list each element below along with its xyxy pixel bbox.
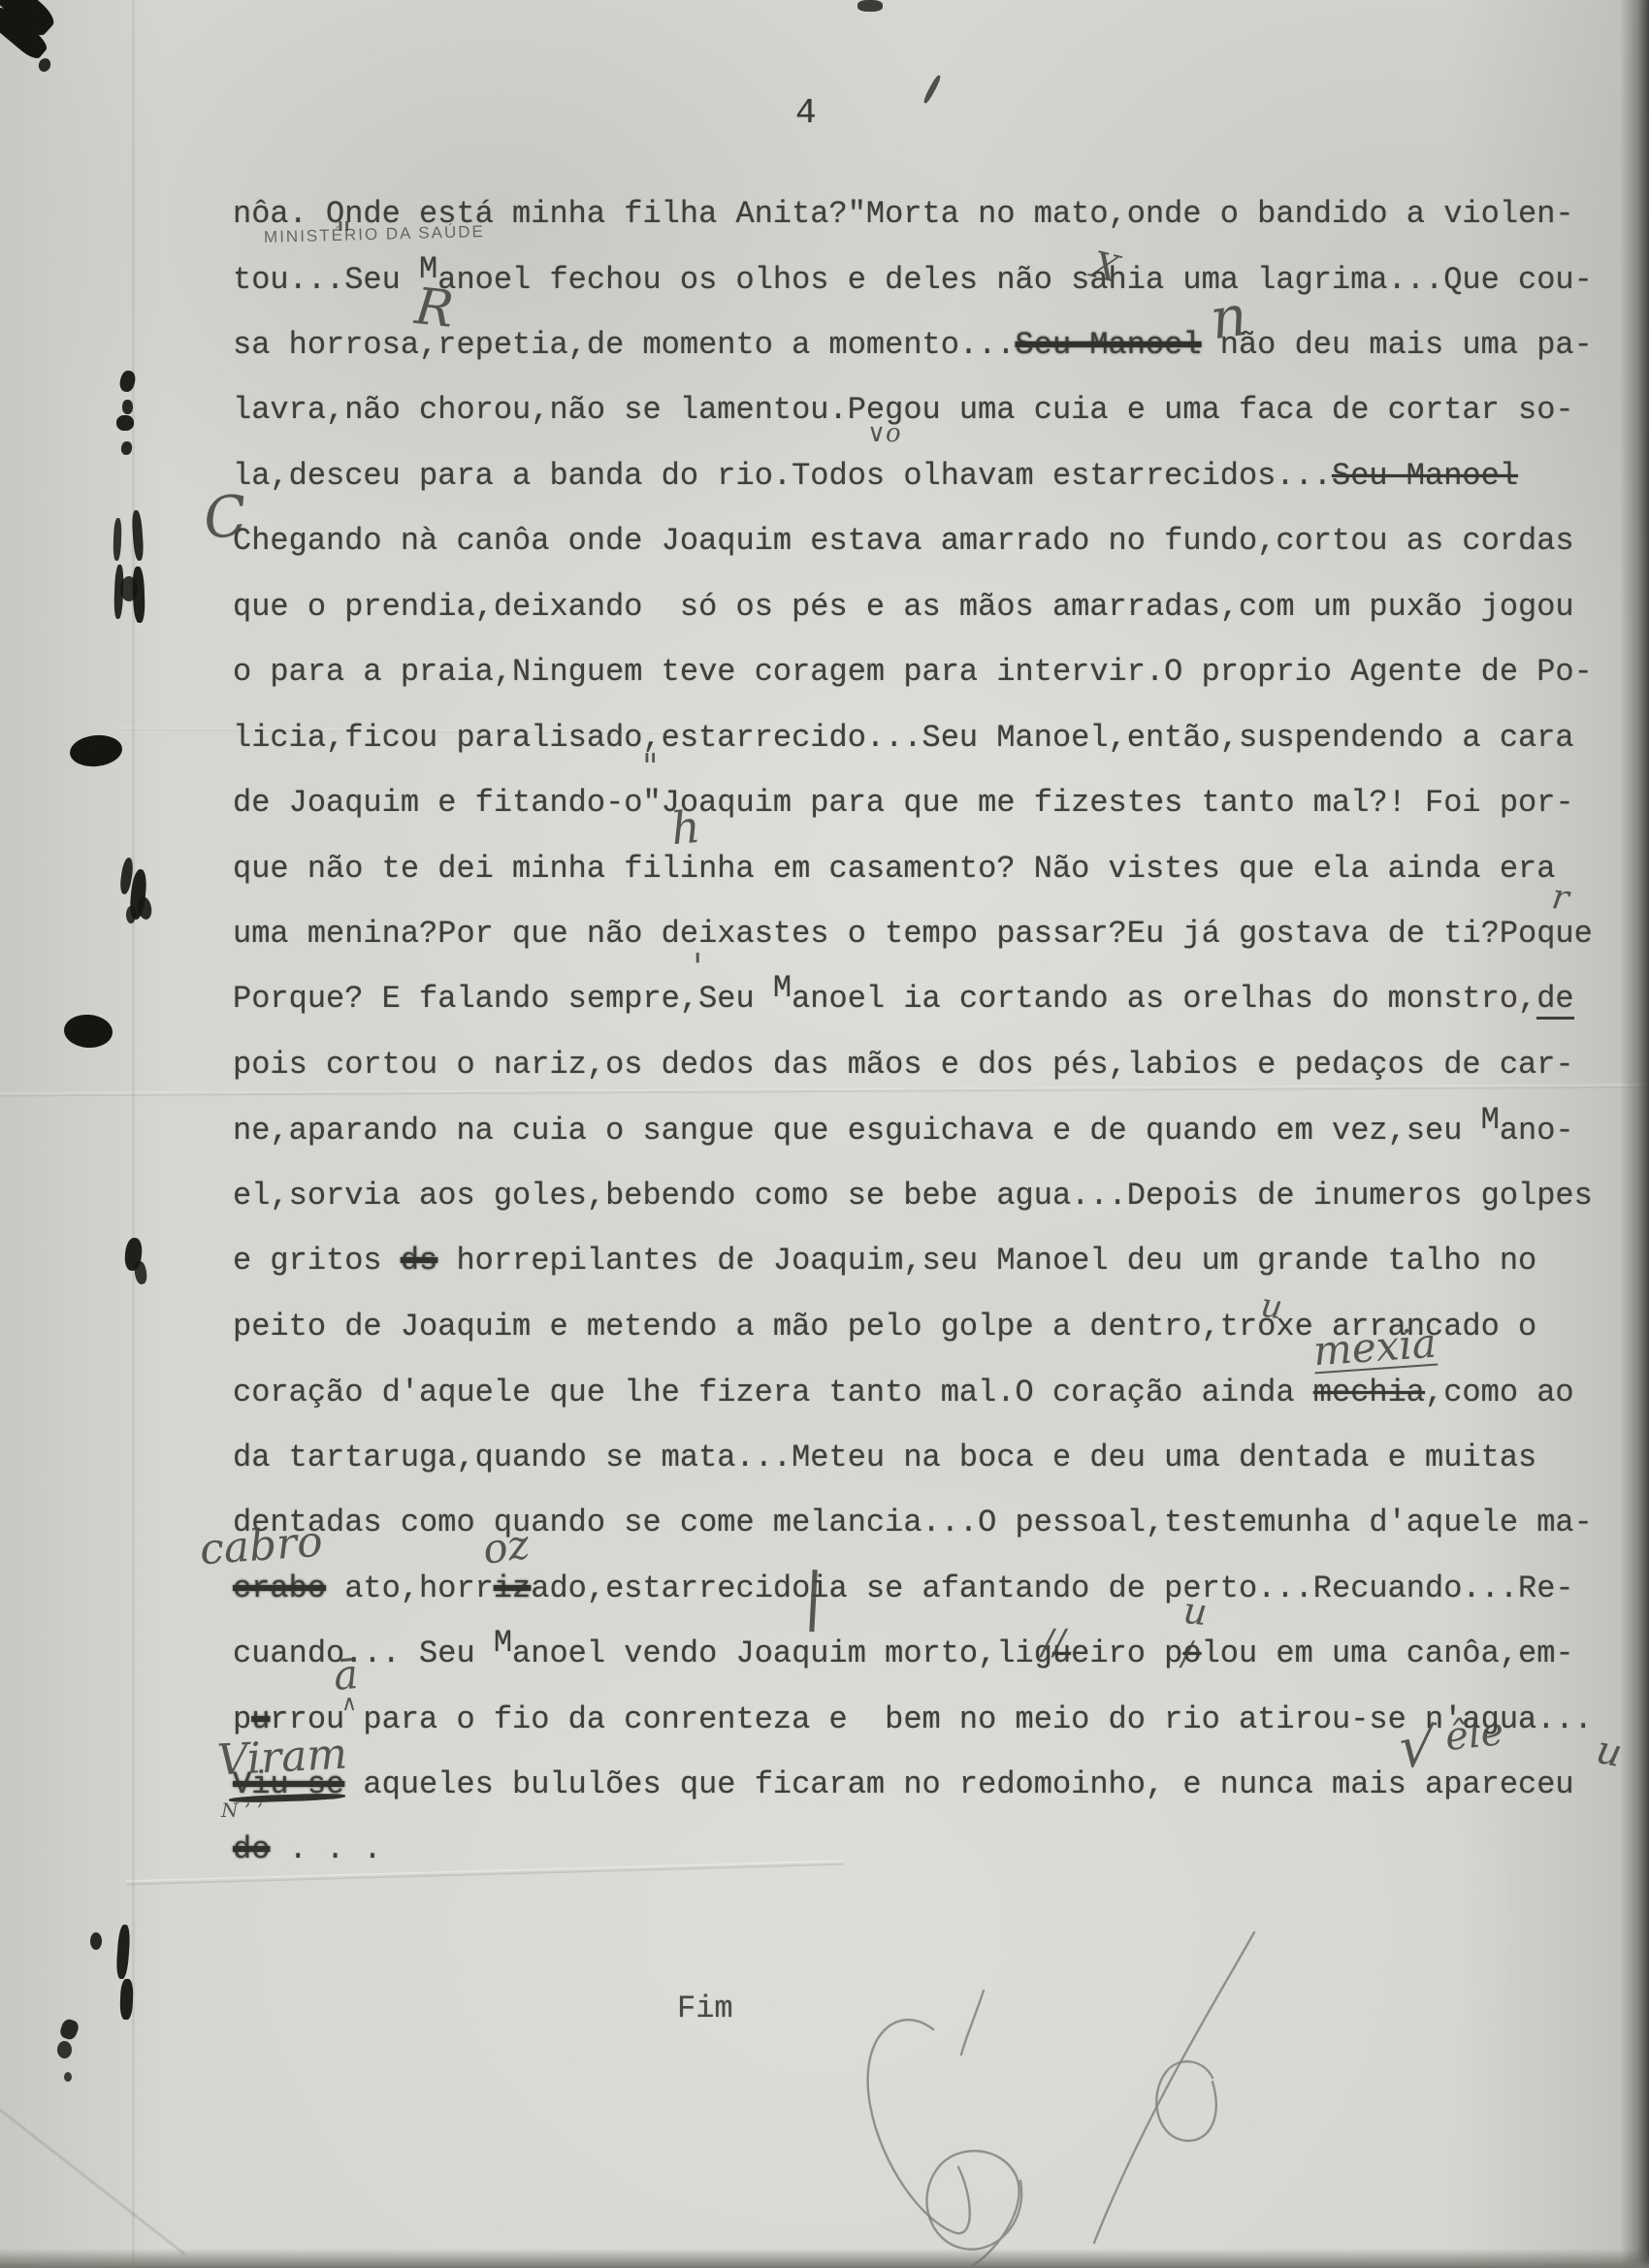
handwritten-annotation: R xyxy=(412,281,455,336)
typed-line: da tartaruga,quando se mata...Meteu na b… xyxy=(233,1439,1536,1477)
typed-line: que não te dei minha filinha em casament… xyxy=(233,850,1555,889)
typed-segment: sa horrosa,repetia,de momento a momento.… xyxy=(233,327,1016,363)
page-number: 4 xyxy=(795,93,817,133)
typed-segment-raised: M xyxy=(773,969,792,1008)
scanned-typewritten-page: 4 MINISTÉRIO DA SAÚDE nôa. Onde está min… xyxy=(0,0,1649,2268)
typed-segment-scrib: crabo xyxy=(233,1571,326,1606)
typed-segment: ado,estarrecido xyxy=(531,1571,810,1606)
typed-line: coração d'aquele que lhe fizera tanto ma… xyxy=(233,1374,1574,1412)
ink-mark xyxy=(133,1260,147,1284)
typed-segment: dentadas como quando se come melancia...… xyxy=(233,1505,1593,1540)
typed-segment: e gritos xyxy=(233,1243,401,1279)
typed-line: Viu-se aqueles bululões que ficaram no r… xyxy=(233,1766,1574,1804)
typed-line: do . . . xyxy=(233,1831,382,1869)
typed-line: e gritos ds horrepilantes de Joaquim,seu… xyxy=(233,1242,1536,1280)
typed-line: la,desceu para a banda do rio.Todos olha… xyxy=(233,457,1518,496)
handwritten-annotation: N ’ ’ xyxy=(221,1800,263,1820)
typed-segment: que não te dei minha filinha em casament… xyxy=(233,851,1555,887)
typed-line: lavra,não chorou,não se lamentou.Pegou u… xyxy=(233,391,1574,430)
handwritten-annotation: ā xyxy=(332,1654,360,1697)
typed-segment: Chegando nà canôa onde Joaquim estava am… xyxy=(233,523,1574,559)
typed-segment-raised: M xyxy=(494,1624,512,1663)
typed-segment-scrib: ds xyxy=(401,1243,437,1279)
handwritten-annotation: u xyxy=(1259,1289,1284,1325)
typed-segment: nôa. Onde está minha filha Anita?"Morta … xyxy=(233,196,1574,232)
handwritten-annotation: ' xyxy=(693,949,702,986)
typed-segment: ato,horr xyxy=(326,1571,494,1606)
typed-segment: horrepilantes de Joaquim,seu Manoel deu … xyxy=(437,1243,1536,1279)
typed-segment: rrou para o fio da conrenteza e bem no m… xyxy=(270,1701,1592,1737)
signature-stroke xyxy=(1156,2061,1216,2141)
handwritten-annotation: h xyxy=(669,804,702,851)
handwritten-annotation: cabro xyxy=(199,1521,324,1572)
typed-segment: . . . xyxy=(270,1831,381,1867)
ink-mark xyxy=(57,2041,72,2058)
handwritten-annotation: ∨o xyxy=(867,421,901,446)
typed-line: de Joaquim e fitando-o"Joaquim para que … xyxy=(233,784,1574,823)
paper-crease xyxy=(0,2086,186,2255)
typed-line: el,sorvia aos goles,bebendo como se bebe… xyxy=(233,1177,1593,1215)
typed-segment: p xyxy=(233,1701,251,1737)
ink-mark xyxy=(63,1013,113,1049)
typed-segment: anoel ia cortando as orelhas do monstro, xyxy=(792,981,1536,1017)
typed-segment: cuando... Seu xyxy=(233,1636,494,1671)
scan-edge-bottom xyxy=(0,2249,1649,2268)
typed-line: dentadas como quando se come melancia...… xyxy=(233,1504,1593,1542)
handwritten-annotation: oz xyxy=(480,1524,532,1571)
ink-mark xyxy=(122,400,133,414)
typed-segment: da tartaruga,quando se mata...Meteu na b… xyxy=(233,1440,1536,1475)
typed-segment: coração d'aquele que lhe fizera tanto ma… xyxy=(233,1375,1313,1410)
handwritten-annotation: " xyxy=(336,219,352,254)
typed-line: licia,ficou paralisado,estarrecido...Seu… xyxy=(233,719,1574,758)
typed-segment: que o prendia,deixando só os pés e as mã… xyxy=(233,589,1574,625)
typed-line: pois cortou o nariz,os dedos das mãos e … xyxy=(233,1046,1574,1085)
typed-segment-under: de xyxy=(1536,981,1573,1020)
ink-mark xyxy=(126,906,136,923)
typed-segment: anoel vendo Joaquim morto,lig xyxy=(512,1636,1052,1671)
ink-mark xyxy=(113,518,122,561)
ink-mark xyxy=(58,2018,81,2042)
handwritten-annotation: mexia xyxy=(1312,1323,1439,1375)
typed-segment-strike: Seu Manoel xyxy=(1332,458,1518,494)
paper-crease xyxy=(0,1085,1649,1097)
typed-segment: uma menina?Por que não deixastes o tempo… xyxy=(233,916,1593,952)
ink-mark xyxy=(37,56,52,73)
typed-segment: lou em uma canôa,em- xyxy=(1202,1636,1574,1671)
ink-mark xyxy=(922,74,942,104)
typed-segment: aqueles bululões que ficaram no redomoin… xyxy=(344,1766,1573,1802)
handwritten-annotation: | xyxy=(801,1565,825,1628)
typed-line: purrou para o fio da conrenteza e bem no… xyxy=(233,1701,1593,1739)
typed-segment: pois cortou o nariz,os dedos das mãos e … xyxy=(233,1047,1574,1083)
ink-mark xyxy=(64,2072,72,2082)
typed-segment-scrib: u xyxy=(251,1701,270,1737)
typed-segment: licia,ficou paralisado,estarrecido...Seu… xyxy=(233,720,1574,756)
typed-segment: anoel fechou os olhos e deles não sahia … xyxy=(437,262,1593,298)
typed-line: Chegando nà canôa onde Joaquim estava am… xyxy=(233,522,1574,561)
typed-segment: o para a praia,Ninguem teve coragem para… xyxy=(233,654,1593,690)
handwritten-annotation: ∕∕ xyxy=(1042,1626,1065,1661)
typed-segment: tou...Seu xyxy=(233,262,419,298)
typed-segment: de Joaquim e fitando-o"Joaquim para que … xyxy=(233,785,1574,821)
signature-stroke xyxy=(961,1991,984,2055)
handwritten-annotation: n xyxy=(1207,287,1250,348)
scan-edge-right xyxy=(1620,0,1649,2268)
ink-mark xyxy=(120,440,133,455)
handwritten-annotation: u xyxy=(1181,1592,1209,1631)
typed-segment: ano- xyxy=(1500,1113,1574,1149)
fim-label: Fim xyxy=(677,1991,733,2026)
ink-mark xyxy=(115,1925,131,1980)
typed-segment-scrib: Seu Manoel xyxy=(1016,327,1202,363)
typed-segment: não deu mais uma pa- xyxy=(1202,327,1593,363)
typed-line: uma menina?Por que não deixastes o tempo… xyxy=(233,915,1593,954)
handwritten-annotation: ∧ xyxy=(341,1694,357,1715)
typed-segment: el,sorvia aos goles,bebendo como se bebe… xyxy=(233,1178,1593,1214)
typed-segment-scrib: iz xyxy=(494,1571,531,1606)
typed-line: que o prendia,deixando só os pés e as mã… xyxy=(233,588,1574,627)
handwritten-annotation: ∕ xyxy=(1181,1637,1192,1670)
handwritten-annotation: r xyxy=(1550,880,1571,917)
typed-line: o para a praia,Ninguem teve coragem para… xyxy=(233,653,1593,692)
typed-line: crabo ato,horrizado,estarrecidoia se afa… xyxy=(233,1570,1574,1608)
signature-stroke xyxy=(1094,1932,1254,2243)
typed-line: ne,aparando na cuia o sangue que esguich… xyxy=(233,1112,1574,1150)
typed-segment: la,desceu para a banda do rio.Todos olha… xyxy=(233,458,1332,494)
signature-stroke xyxy=(868,2020,970,2233)
typed-segment: lavra,não chorou,não se lamentou.Pegou u… xyxy=(233,392,1574,428)
typed-segment-raised: M xyxy=(1481,1101,1500,1140)
typed-segment: eiro p xyxy=(1071,1636,1182,1671)
typed-line: Porque? E falando sempre,Seu Manoel ia c… xyxy=(233,980,1574,1019)
handwritten-annotation: C xyxy=(201,487,249,547)
typed-line: cuando... Seu Manoel vendo Joaquim morto… xyxy=(233,1635,1574,1673)
typed-segment: ,como ao xyxy=(1425,1375,1574,1410)
typed-line: nôa. Onde está minha filha Anita?"Morta … xyxy=(233,195,1574,234)
typed-segment-scrib: do xyxy=(233,1831,270,1867)
ink-mark xyxy=(68,732,123,768)
typed-segment: ne,aparando na cuia o sangue que esguich… xyxy=(233,1113,1481,1149)
handwritten-annotation: êle xyxy=(1443,1712,1505,1757)
handwritten-annotation: " xyxy=(642,751,659,786)
ink-mark xyxy=(90,1932,102,1950)
left-fold-line xyxy=(132,0,135,2268)
typed-segment-strike: mechia xyxy=(1313,1375,1425,1410)
ink-mark xyxy=(116,415,134,431)
ink-mark xyxy=(857,0,883,12)
handwritten-annotation: Viram xyxy=(216,1733,348,1783)
ink-mark xyxy=(120,576,138,601)
handwritten-annotation: √ xyxy=(1397,1717,1438,1776)
